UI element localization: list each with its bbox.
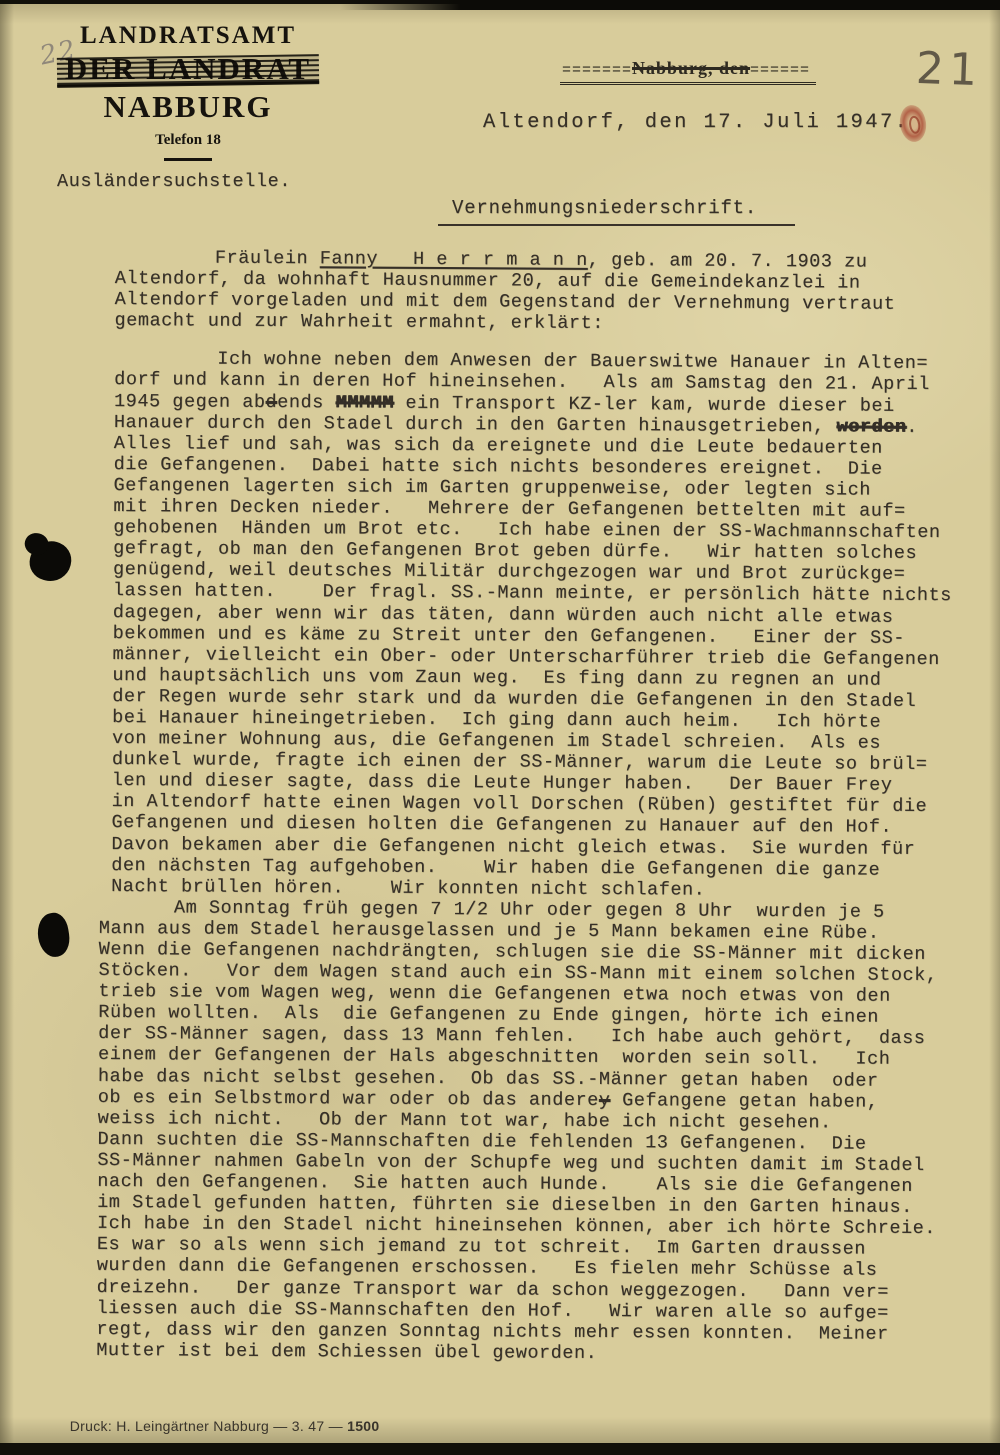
paragraph: Am Sonntag früh gegen 7 1/2 Uhr oder geg…	[0, 896, 996, 1366]
dateline-preprinted-place: Nabburg, den	[632, 58, 750, 78]
document-title: Vernehmungsniederschrift.	[438, 197, 795, 226]
paragraph: Fräulein Fanny H e r r m a n n, geb. am …	[0, 246, 1000, 336]
letterhead-phone: Telefon 18	[27, 132, 349, 149]
dateline-suffix-dashes: ======	[750, 62, 810, 79]
letterhead-agency: LANDRATSAMT	[27, 22, 349, 50]
letterhead-struck-line: DER LANDRAT	[65, 51, 311, 87]
typed-body: Fräulein Fanny H e r r m a n n, geb. am …	[0, 246, 1000, 1366]
printer-imprint-run: 1500	[347, 1418, 379, 1434]
strikeout-hatch	[57, 54, 320, 88]
printer-imprint-text: Druck: H. Leingärtner Nabburg — 3. 47 —	[70, 1418, 347, 1434]
letterhead-rule	[164, 158, 212, 161]
letterhead: LANDRATSAMT DER LANDRAT NABBURG Telefon …	[27, 22, 349, 161]
pencil-page-number: 21	[915, 43, 983, 96]
scanned-document-photo: 22 21 LANDRATSAMT DER LANDRAT NABBURG Te…	[0, 0, 1000, 1455]
photo-edge-shadow	[0, 0, 1000, 10]
letterhead-town: NABBURG	[27, 89, 349, 125]
preprinted-dateline: =======Nabburg, den======	[560, 58, 816, 85]
dateline-prefix-dashes: =======	[562, 62, 632, 79]
paragraph: Ich wohne neben dem Anwesen der Bauerswi…	[0, 348, 999, 903]
printer-imprint: Druck: H. Leingärtner Nabburg — 3. 47 — …	[53, 1402, 379, 1450]
typed-date-line: Altendorf, den 17. Juli 1947.	[483, 111, 909, 134]
office-name: Ausländersuchstelle.	[57, 171, 291, 192]
